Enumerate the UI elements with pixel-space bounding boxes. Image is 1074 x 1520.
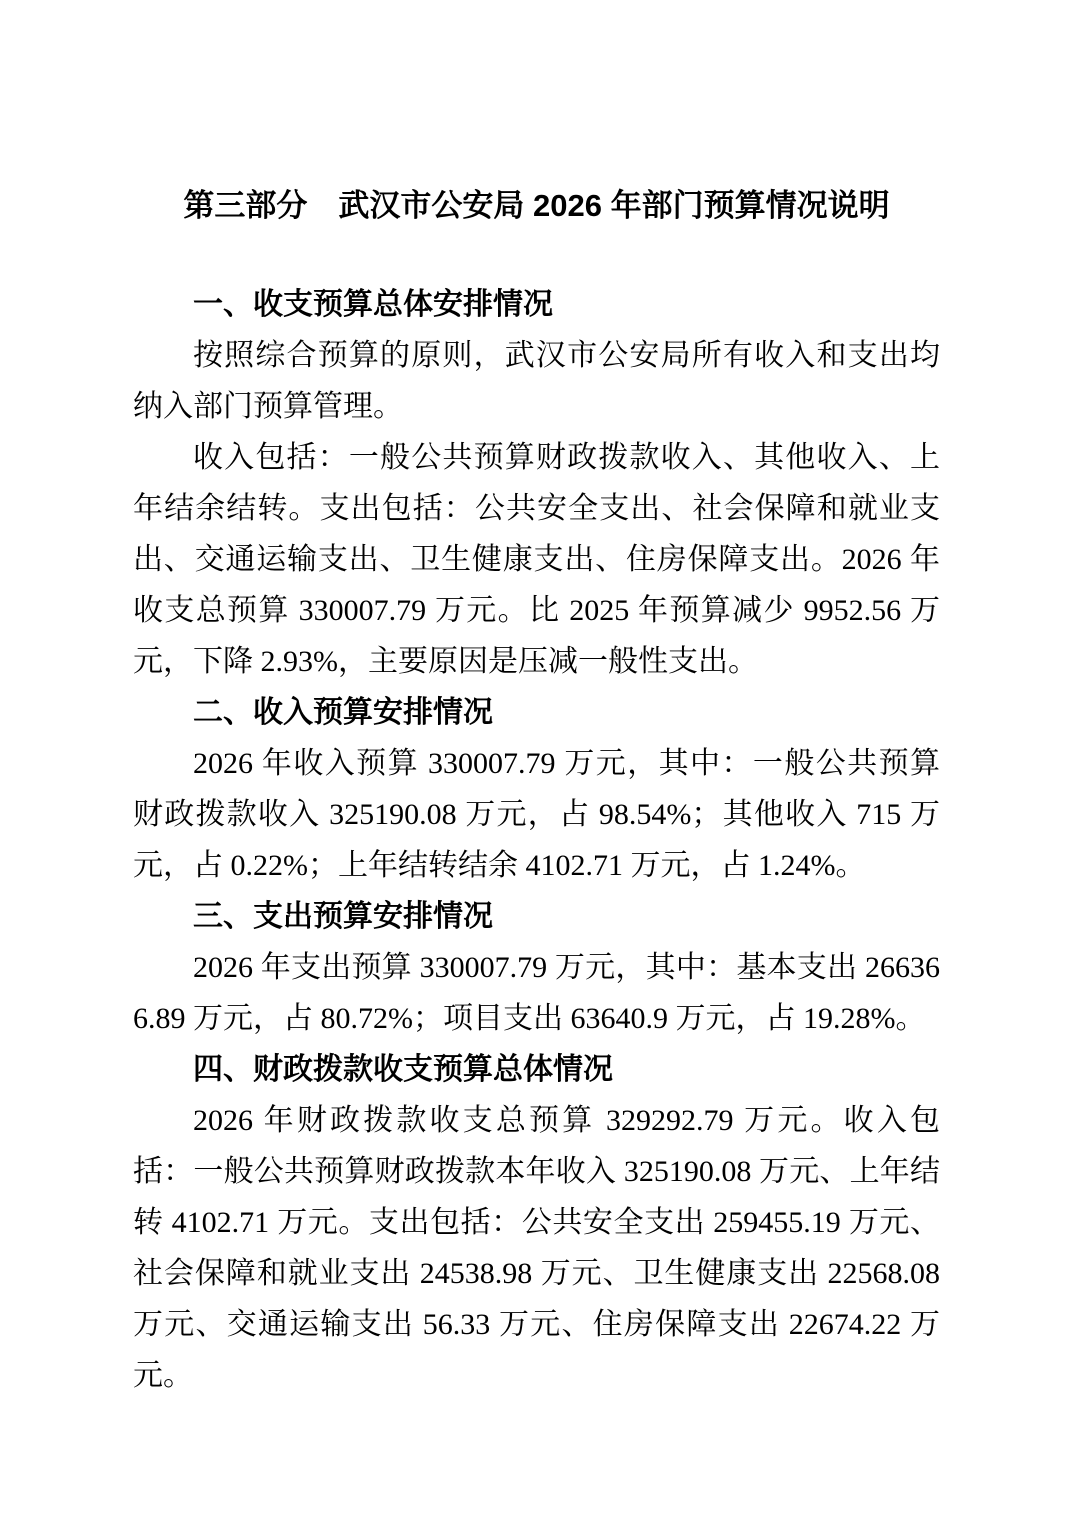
section-2-heading: 二、收入预算安排情况	[133, 687, 940, 738]
section-4-heading: 四、财政拨款收支预算总体情况	[133, 1044, 940, 1095]
section-3-heading: 三、支出预算安排情况	[133, 891, 940, 942]
section-fiscal-appropriation: 四、财政拨款收支预算总体情况 2026 年财政拨款收支总预算 329292.79…	[133, 1044, 940, 1401]
section-expenditure-budget: 三、支出预算安排情况 2026 年支出预算 330007.79 万元，其中：基本…	[133, 891, 940, 1044]
section-3-paragraph-1: 2026 年支出预算 330007.79 万元，其中：基本支出 266366.8…	[133, 942, 940, 1044]
section-4-paragraph-1: 2026 年财政拨款收支总预算 329292.79 万元。收入包括：一般公共预算…	[133, 1095, 940, 1401]
section-income-budget: 二、收入预算安排情况 2026 年收入预算 330007.79 万元，其中：一般…	[133, 687, 940, 891]
section-2-paragraph-1: 2026 年收入预算 330007.79 万元，其中：一般公共预算财政拨款收入 …	[133, 738, 940, 891]
section-1-paragraph-2: 收入包括：一般公共预算财政拨款收入、其他收入、上年结余结转。支出包括：公共安全支…	[133, 432, 940, 687]
section-overall-budget: 一、收支预算总体安排情况 按照综合预算的原则，武汉市公安局所有收入和支出均纳入部…	[133, 279, 940, 687]
section-1-paragraph-1: 按照综合预算的原则，武汉市公安局所有收入和支出均纳入部门预算管理。	[133, 330, 940, 432]
document-page: 第三部分 武汉市公安局 2026 年部门预算情况说明 一、收支预算总体安排情况 …	[0, 0, 1074, 1520]
section-1-heading: 一、收支预算总体安排情况	[133, 279, 940, 330]
document-title: 第三部分 武汉市公安局 2026 年部门预算情况说明	[133, 184, 940, 228]
